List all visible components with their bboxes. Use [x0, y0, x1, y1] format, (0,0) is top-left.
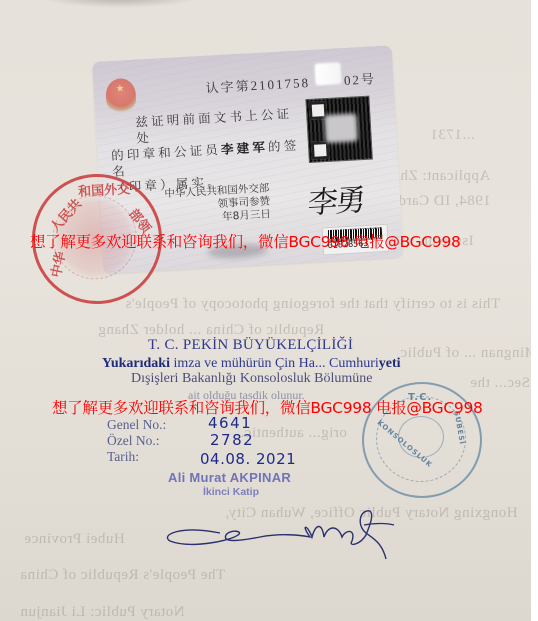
ghost-text: Mingnan ... of Public — [400, 345, 531, 362]
ghost-number: ...1731 — [430, 127, 475, 144]
certification-text: 兹证明前面文书上公证处 的印章和公证员李建军的签名 （印章）属实。 — [109, 106, 303, 196]
ghost-text: Hubei Province — [24, 531, 125, 548]
embassy-title: T. C. PEKİN BÜYÜKELÇİLİĞİ — [148, 337, 353, 354]
genel-no-label: Genel No.: — [107, 417, 166, 433]
officer-title: İkinci Katip — [203, 486, 259, 498]
embassy-signature — [160, 505, 400, 575]
redacted-qr-center — [324, 113, 358, 143]
redacted-digits — [314, 62, 341, 85]
ozel-no-label: Özel No.: — [107, 433, 159, 449]
embassy-certification-line-2: Dışişleri Bakanlığı Konsolosluk Bölumüne — [131, 371, 373, 387]
ghost-text: Applicant: Zh — [400, 168, 490, 185]
document-photo: ...1731 Applicant: Zh 1984, ID Card Issu… — [0, 0, 531, 621]
tarih-label: Tarih: — [107, 449, 139, 465]
issuer-block: 中华人民共和国外交部 领事司参赞 年8月三日 — [159, 182, 271, 227]
ghost-text: This is to certify that the foregoing ph… — [125, 296, 500, 313]
officer-name: Ali Murat AKPINAR — [168, 470, 291, 485]
ghost-text: orig... authentic. — [240, 425, 347, 442]
ghost-text: 1984, ID Card — [398, 193, 491, 210]
finger-shadow — [40, 0, 200, 8]
watermark-text: 想了解更多欢迎联系和咨询我们，微信BGC998 电报@BGC998 — [30, 230, 461, 252]
certificate-number: 认字第210175802号 — [205, 68, 376, 96]
national-emblem-icon: ★ — [105, 78, 137, 114]
notary-name: 李建军 — [221, 139, 269, 157]
ghost-text: Sec... the — [470, 375, 530, 392]
officer-signature: 李勇 — [306, 175, 366, 222]
watermark-text: 想了解更多欢迎联系和咨询我们，微信BGC998 电报@BGC998 — [52, 396, 483, 418]
ozel-no-value: 2782 — [210, 431, 254, 449]
ghost-text: Notary Public: Li Jianjun — [20, 604, 185, 621]
tarih-value: 04.08. 2021 — [200, 450, 296, 468]
embassy-certification-line-1: Yukarıdaki imza ve mühürün Çin Ha... Cum… — [102, 356, 401, 372]
